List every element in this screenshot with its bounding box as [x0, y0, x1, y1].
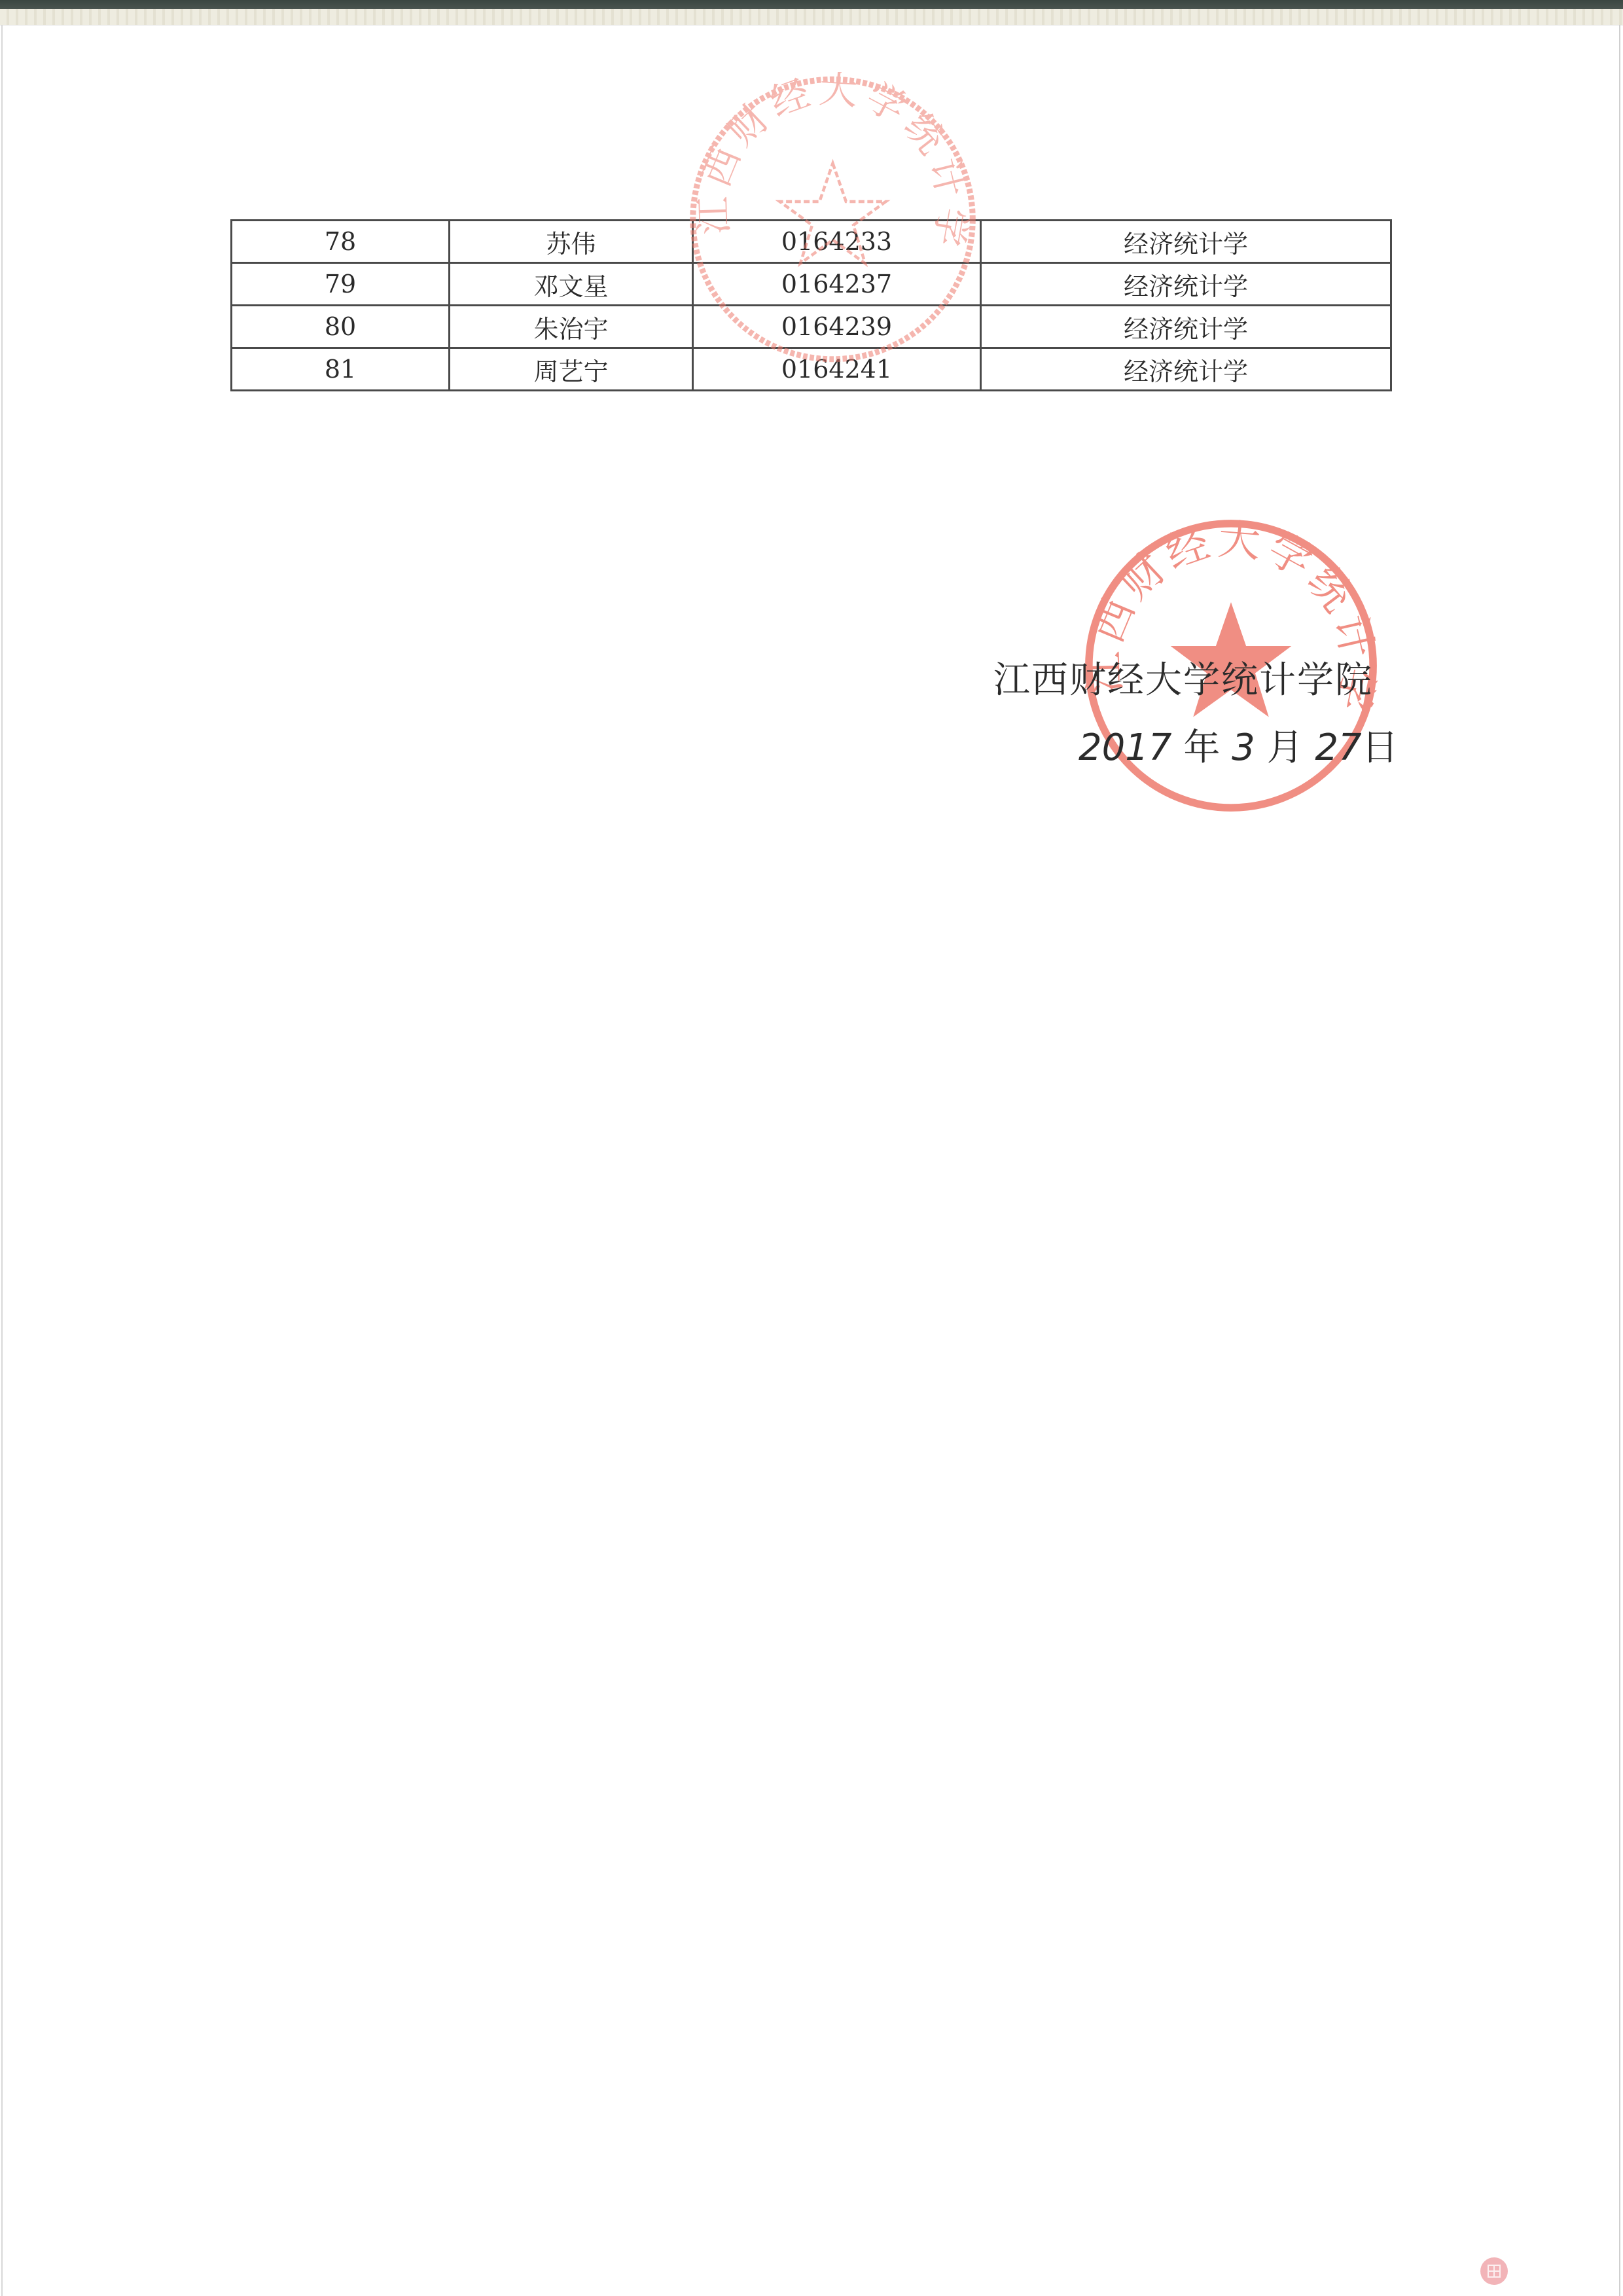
- scan-border-left: [1, 25, 3, 2296]
- table-row: 78 苏伟 0164233 经济统计学: [232, 221, 1391, 263]
- seal-badge-icon: [1480, 2257, 1508, 2285]
- scan-texture-strip: [0, 9, 1623, 26]
- student-id: 0164237: [693, 263, 981, 306]
- student-name: 苏伟: [450, 221, 693, 263]
- date-month-unit: 月: [1267, 726, 1304, 769]
- date-year-unit: 年: [1183, 726, 1220, 769]
- table-row: 80 朱治宇 0164239 经济统计学: [232, 306, 1391, 348]
- date-day-unit: 日: [1362, 726, 1399, 769]
- student-major: 经济统计学: [981, 221, 1391, 263]
- date-day: 27: [1315, 726, 1361, 769]
- row-number: 81: [232, 348, 450, 391]
- student-major: 经济统计学: [981, 263, 1391, 306]
- signature-organization: 江西财经大学统计学院: [993, 651, 1380, 704]
- date-month: 3: [1232, 726, 1255, 769]
- row-number: 79: [232, 263, 450, 306]
- scan-border-top: [0, 0, 1623, 9]
- student-name: 周艺宁: [450, 348, 693, 391]
- student-id: 0164241: [693, 348, 981, 391]
- student-major: 经济统计学: [981, 306, 1391, 348]
- student-major: 经济统计学: [981, 348, 1391, 391]
- student-name: 朱治宇: [450, 306, 693, 348]
- row-number: 78: [232, 221, 450, 263]
- signature-date: 2017 年 3 月 27日: [1079, 719, 1399, 771]
- row-number: 80: [232, 306, 450, 348]
- scan-border-right: [1619, 25, 1620, 2296]
- table-row: 79 邓文星 0164237 经济统计学: [232, 263, 1391, 306]
- student-id: 0164239: [693, 306, 981, 348]
- student-list-table: 78 苏伟 0164233 经济统计学 79 邓文星 0164237 经济统计学…: [230, 219, 1392, 391]
- table-row: 81 周艺宁 0164241 经济统计学: [232, 348, 1391, 391]
- student-name: 邓文星: [450, 263, 693, 306]
- date-year: 2017: [1079, 726, 1172, 769]
- student-id: 0164233: [693, 221, 981, 263]
